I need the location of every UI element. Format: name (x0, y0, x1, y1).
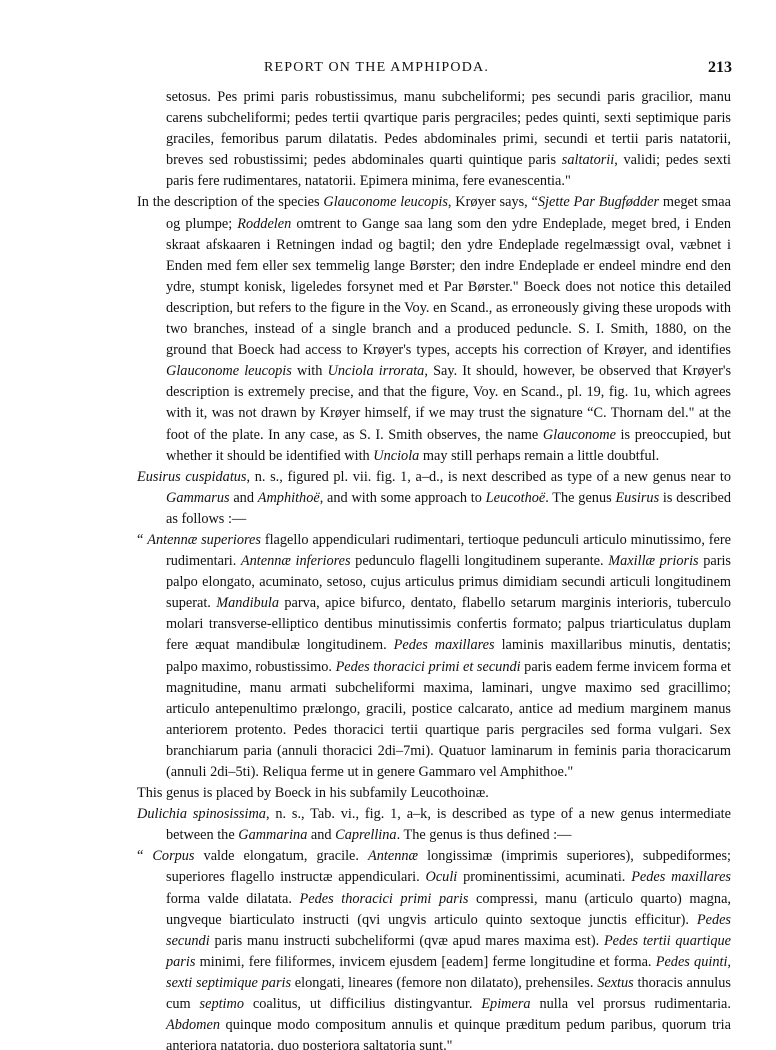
text-run: , Krøyer says, “ (448, 194, 538, 210)
italic-run: Pedes thoracici primi et secundi (336, 659, 521, 675)
italic-run: Pedes maxillares (394, 637, 495, 653)
italic-run: Abdomen (166, 1017, 220, 1033)
italic-run: Gammarus (166, 490, 230, 506)
italic-run: saltatorii (562, 152, 614, 168)
text-run: quinque modo compositum annulis et quinq… (166, 1017, 731, 1050)
text-run: coalitus, ut difficilius distingvantur. (244, 996, 481, 1012)
running-title: REPORT ON THE AMPHIPODA. (264, 60, 489, 76)
paragraph-dulichia-spinosissima: Dulichia spinosissima, n. s., Tab. vi., … (137, 804, 731, 846)
italic-run: Pedes maxillares (631, 869, 731, 885)
italic-run: Epimera (481, 996, 530, 1012)
italic-run: Roddelen (237, 216, 291, 232)
italic-run: Maxillæ prioris (608, 553, 698, 569)
italic-run: Amphithoë (258, 490, 320, 506)
text-run: , n. s., figured pl. vii. fig. 1, a–d., … (247, 469, 732, 485)
text-run: . The genus (545, 490, 615, 506)
italic-run: Glauconome (543, 427, 616, 443)
text-run: “ (137, 532, 147, 548)
italic-run: Oculi (426, 869, 458, 885)
text-run: This genus is placed by Boeck in his sub… (137, 785, 489, 801)
text-run: forma valde dilatata. (166, 891, 300, 907)
italic-run: septimo (200, 996, 244, 1012)
italic-run: Eusirus (615, 490, 659, 506)
italic-run: Leucothoë (486, 490, 546, 506)
italic-run: Eusirus cuspidatus (137, 469, 247, 485)
italic-run: Sextus (597, 975, 634, 991)
text-run: valde elongatum, gracile. (195, 848, 369, 864)
text-run: prominentissimi, acuminati. (457, 869, 631, 885)
italic-run: Antennæ inferiores (241, 553, 351, 569)
paragraph-glauconome-diagnosis-end: setosus. Pes primi paris robustissimus, … (137, 87, 731, 192)
italic-run: Glauconome leucopis (166, 363, 292, 379)
text-run: paris eadem ferme invicem forma et magni… (166, 659, 731, 780)
text-run: pedunculo flagelli longitudinem superant… (351, 553, 609, 569)
text-run: , and with some approach to (320, 490, 486, 506)
paragraph-leucothoinae: This genus is placed by Boeck in his sub… (137, 783, 731, 804)
text-run: . The genus is thus defined :— (397, 827, 572, 843)
italic-run: Antennæ (368, 848, 418, 864)
text-run: minimi, fere filiformes, invicem ejusdem… (195, 954, 655, 970)
italic-run: Mandibula (216, 595, 279, 611)
paragraph-eusirus-cuspidatus: Eusirus cuspidatus, n. s., figured pl. v… (137, 467, 731, 530)
italic-run: Pedes thoracici primi paris (300, 891, 469, 907)
page-number: 213 (708, 59, 732, 77)
italic-run: Unciola irrorata (328, 363, 425, 379)
italic-run: Glauconome leucopis (323, 194, 448, 210)
italic-run: Antennæ superiores (147, 532, 261, 548)
text-run: omtrent to Gange saa lang som den ydre E… (166, 216, 731, 359)
text-run: and (230, 490, 258, 506)
italic-run: Sjette Par Bugfødder (538, 194, 659, 210)
text-run: may still perhaps remain a little doubtf… (419, 448, 659, 464)
italic-run: Caprellina (335, 827, 396, 843)
text-run: with (292, 363, 328, 379)
quote-dulichia-diagnosis: “ Corpus valde elongatum, gracile. Anten… (137, 846, 731, 1050)
quote-eusirus-diagnosis: “ Antennæ superiores flagello appendicul… (137, 530, 731, 783)
page-header: REPORT ON THE AMPHIPODA. 213 (166, 60, 732, 82)
italic-run: Corpus (152, 848, 194, 864)
paragraph-glauconome-leucopis: In the description of the species Glauco… (137, 192, 731, 466)
text-run: paris manu instructi subcheliformi (qvæ … (210, 933, 604, 949)
text-run: “ (137, 848, 152, 864)
text-run: nulla vel prorsus rudimentaria. (531, 996, 731, 1012)
page-body: setosus. Pes primi paris robustissimus, … (137, 87, 731, 1050)
text-run: and (307, 827, 335, 843)
italic-run: Dulichia spinosissima (137, 806, 266, 822)
italic-run: Gammarina (238, 827, 307, 843)
text-run: elongati, lineares (femore non dilatato)… (291, 975, 597, 991)
text-run: In the description of the species (137, 194, 323, 210)
italic-run: Unciola (373, 448, 419, 464)
